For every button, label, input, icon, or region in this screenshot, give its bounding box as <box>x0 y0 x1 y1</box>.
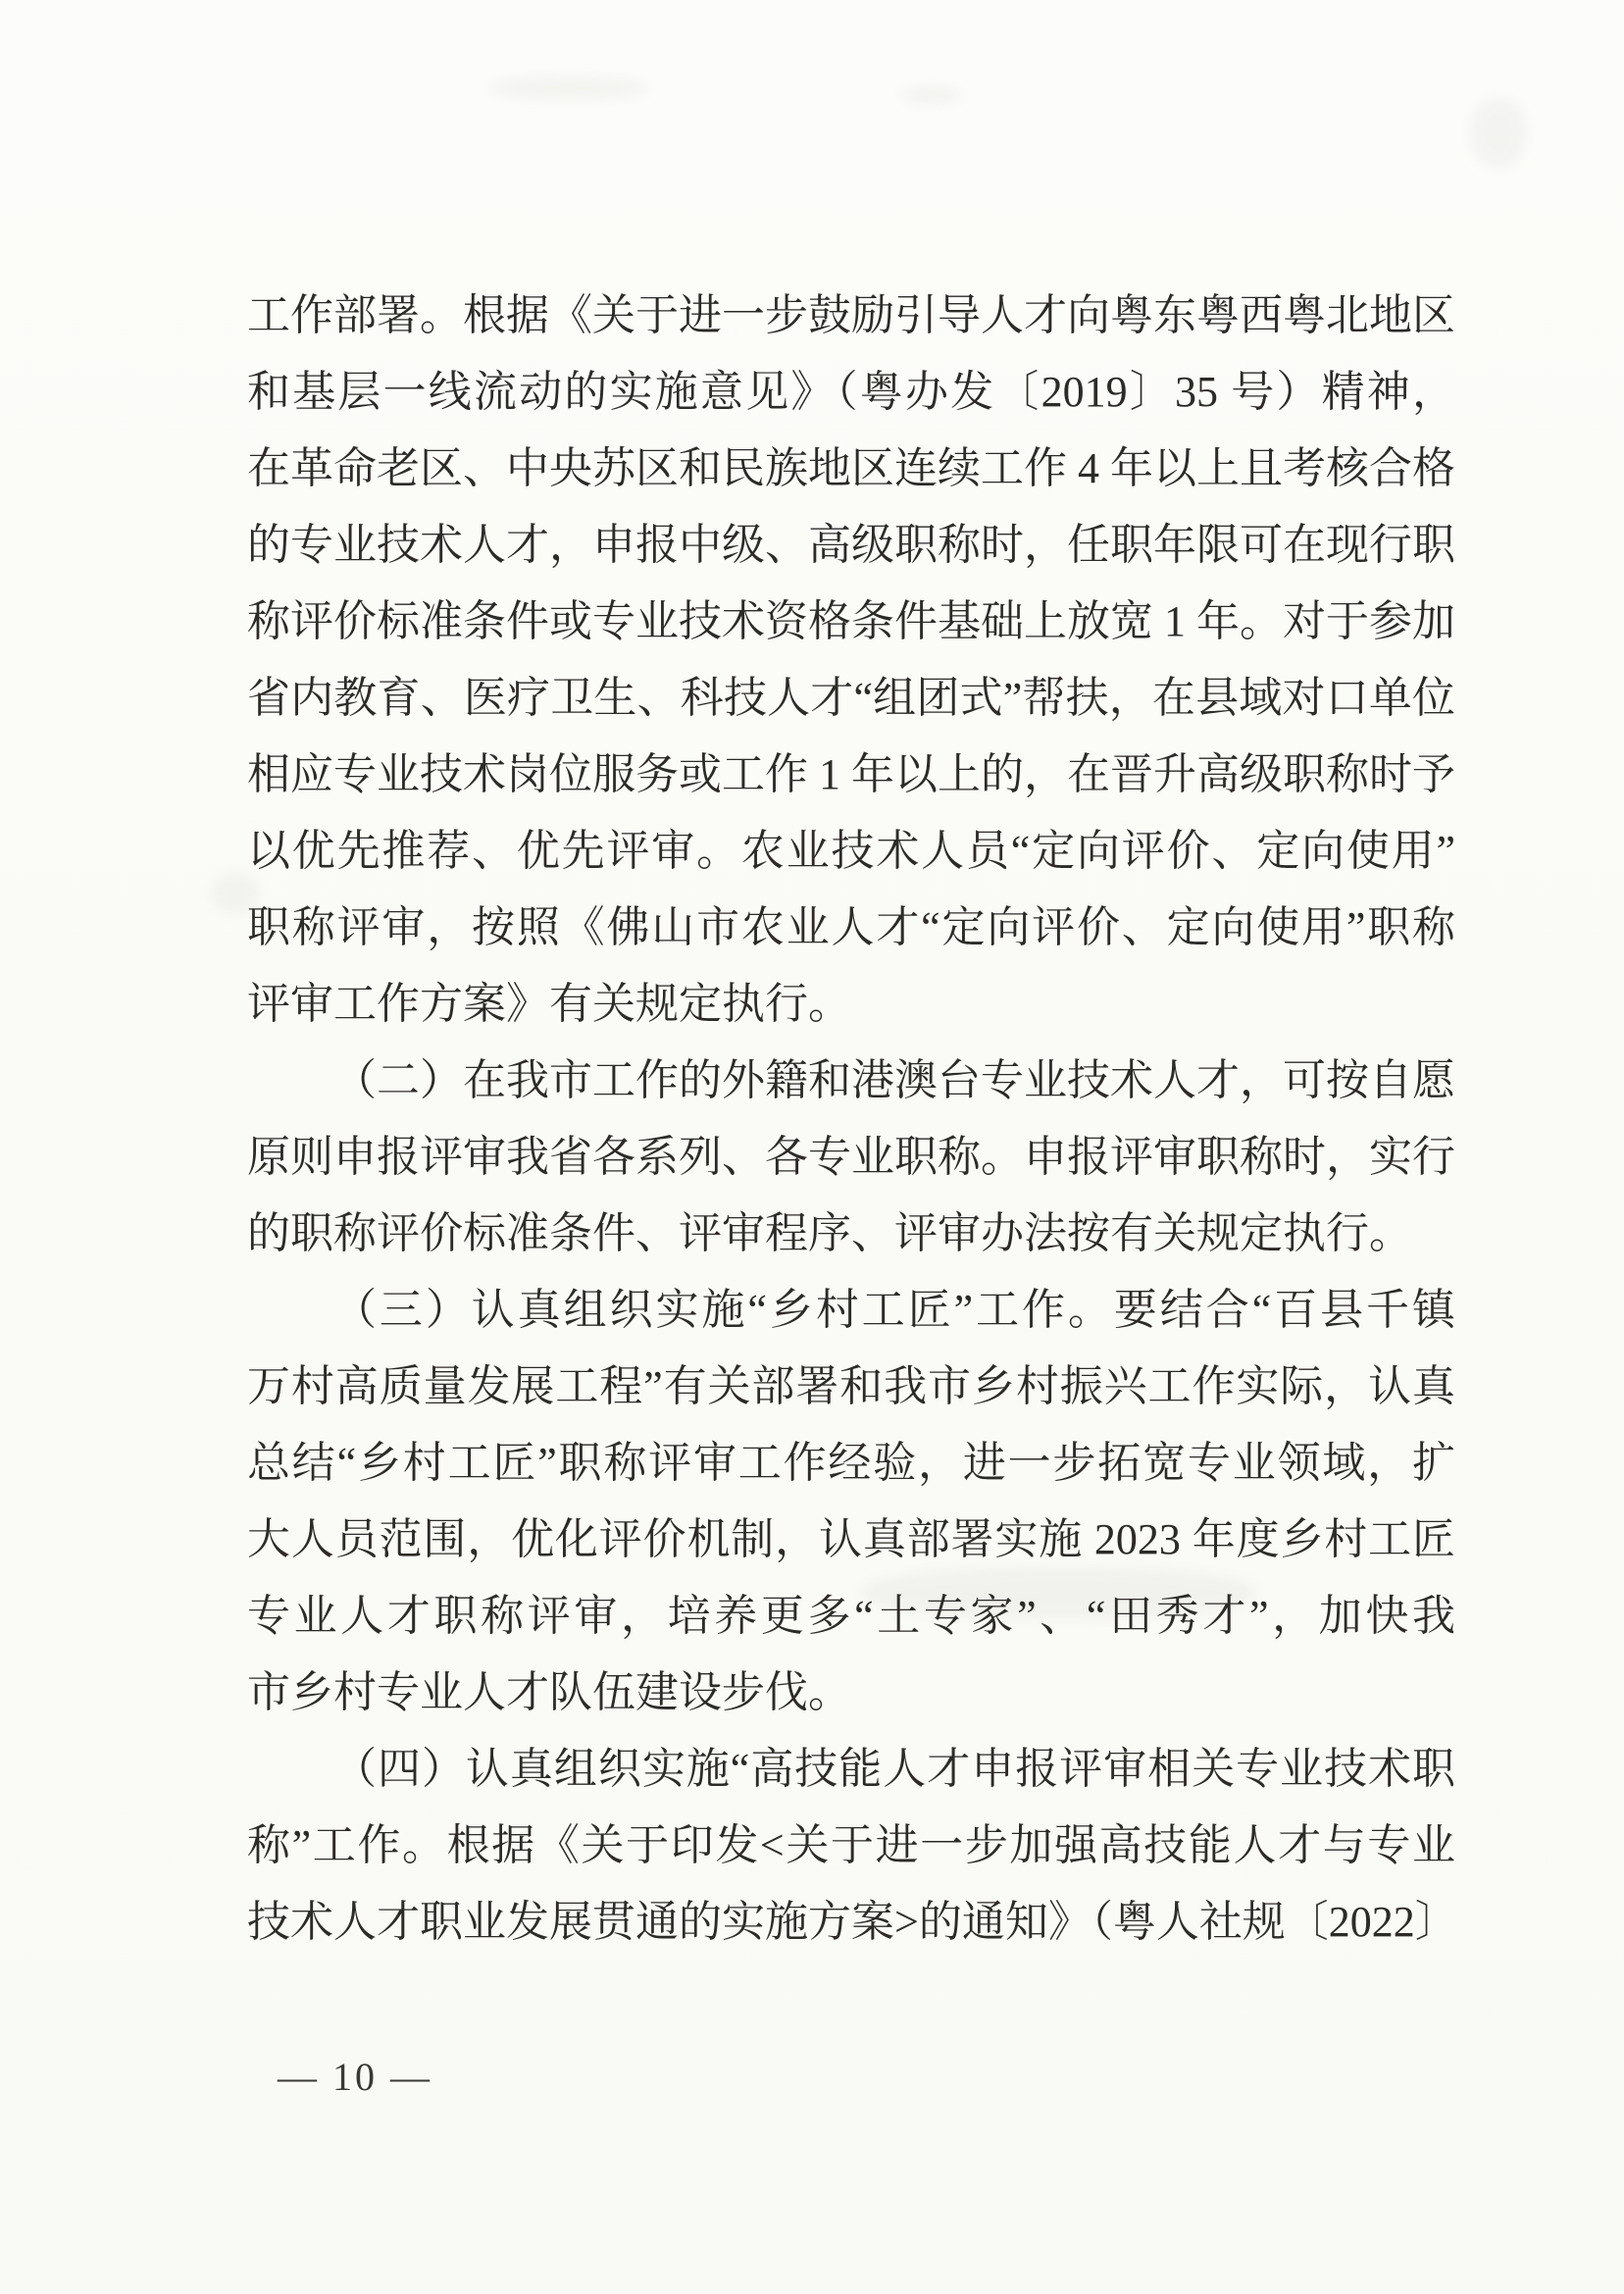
page-number: — 10 — <box>278 2048 432 2107</box>
text-line: 总结“乡村工匠”职称评审工作经验，进一步拓宽专业领域，扩 <box>247 1425 1455 1502</box>
text-line: 的职称评价标准条件、评审程序、评审办法按有关规定执行。 <box>247 1196 1455 1272</box>
text-line: 工作部署。根据《关于进一步鼓励引导人才向粤东粤西粤北地区 <box>247 278 1455 354</box>
scan-artifact <box>1471 98 1526 167</box>
document-body-text: 工作部署。根据《关于进一步鼓励引导人才向粤东粤西粤北地区 和基层一线流动的实施意… <box>247 278 1455 1961</box>
text-line: （二）在我市工作的外籍和港澳台专业技术人才，可按自愿 <box>247 1043 1455 1119</box>
document-page: 工作部署。根据《关于进一步鼓励引导人才向粤东粤西粤北地区 和基层一线流动的实施意… <box>0 0 1624 2294</box>
text-line: 的专业技术人才，申报中级、高级职称时，任职年限可在现行职 <box>247 507 1455 584</box>
text-line: 专业人才职称评审，培养更多“土专家”、“田秀才”，加快我 <box>247 1578 1455 1655</box>
text-line: 原则申报评审我省各系列、各专业职称。申报评审职称时，实行 <box>247 1119 1455 1196</box>
scan-artifact <box>902 86 961 104</box>
text-line: 万村高质量发展工程”有关部署和我市乡村振兴工作实际，认真 <box>247 1349 1455 1425</box>
text-line: 称”工作。根据《关于印发<关于进一步加强高技能人才与专业 <box>247 1808 1455 1884</box>
text-line: 省内教育、医疗卫生、科技人才“组团式”帮扶，在县域对口单位 <box>247 660 1455 737</box>
text-line: （三）认真组织实施“乡村工匠”工作。要结合“百县千镇 <box>247 1272 1455 1349</box>
text-line: 职称评审，按照《佛山市农业人才“定向评价、定向使用”职称 <box>247 890 1455 966</box>
text-line: 评审工作方案》有关规定执行。 <box>247 966 1455 1043</box>
text-line: 大人员范围，优化评价机制，认真部署实施 2023 年度乡村工匠 <box>247 1502 1455 1578</box>
text-line: （四）认真组织实施“高技能人才申报评审相关专业技术职 <box>247 1731 1455 1808</box>
text-line: 以优先推荐、优先评审。农业技术人员“定向评价、定向使用” <box>247 813 1455 890</box>
text-line: 相应专业技术岗位服务或工作 1 年以上的，在晋升高级职称时予 <box>247 737 1455 813</box>
text-line: 和基层一线流动的实施意见》（粤办发〔2019〕35 号）精神， <box>247 354 1455 431</box>
text-line: 市乡村专业人才队伍建设步伐。 <box>247 1655 1455 1731</box>
text-line: 在革命老区、中央苏区和民族地区连续工作 4 年以上且考核合格 <box>247 431 1455 507</box>
text-line: 称评价标准条件或专业技术资格条件基础上放宽 1 年。对于参加 <box>247 584 1455 660</box>
text-line: 技术人才职业发展贯通的实施方案>的通知》（粤人社规〔2022〕 <box>247 1884 1455 1961</box>
scan-artifact <box>490 76 647 100</box>
